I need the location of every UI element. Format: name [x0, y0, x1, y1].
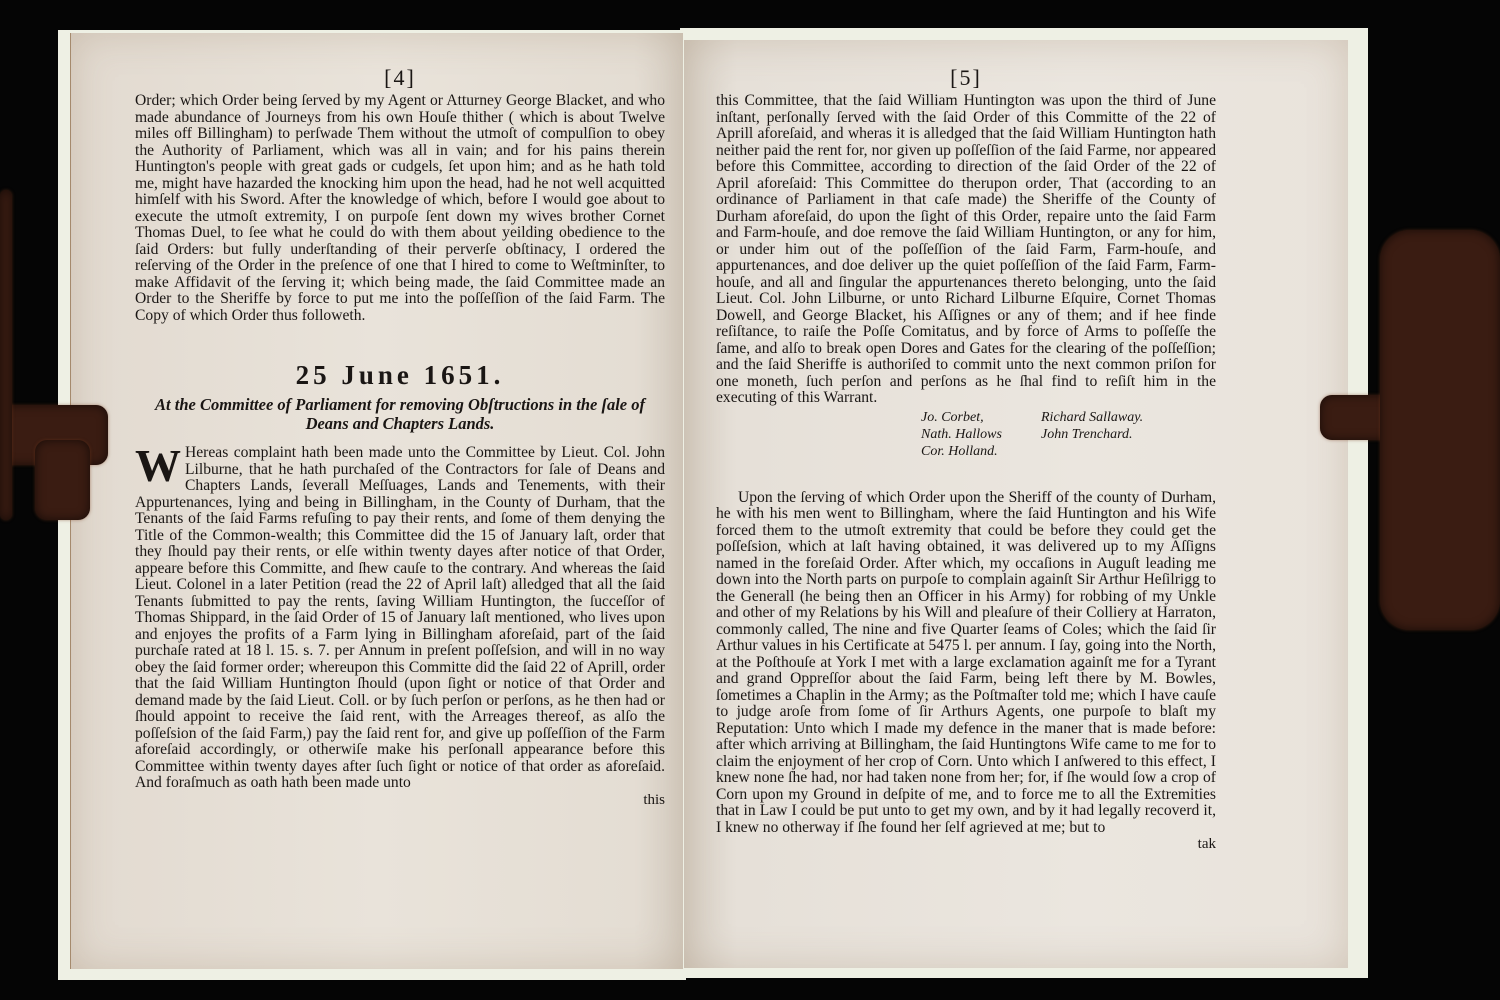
page-number-5: [5] [716, 65, 1216, 91]
signatory: Cor. Holland. [921, 443, 1041, 460]
right-page-column: [5] this Committee, that the ſaid Willia… [716, 85, 1216, 853]
signatory: Richard Sallaway. [1041, 409, 1191, 426]
order-block: W Hereas complaint hath been made unto t… [135, 445, 665, 792]
signatory: John Trenchard. [1041, 426, 1191, 443]
drop-cap: W [135, 447, 181, 485]
signatories: Jo. Corbet, Richard Sallaway. Nath. Hall… [921, 409, 1216, 460]
catchword-left: this [135, 792, 665, 809]
left-page-column: [4] Order; which Order being ſerved by m… [135, 65, 665, 809]
signatory [1041, 443, 1191, 460]
signatory: Jo. Corbet, [921, 409, 1041, 426]
opening-paragraph: Order; which Order being ſerved by my Ag… [135, 93, 665, 324]
committee-heading: At the Committee of Parliament for remov… [135, 395, 665, 433]
date-heading: 25 June 1651. [135, 360, 665, 391]
narrative-paragraph: Upon the ſerving of which Order upon the… [716, 490, 1216, 837]
left-clip-lower-icon [35, 440, 90, 520]
page-number-4: [4] [135, 65, 665, 91]
left-clip-arm-icon [0, 190, 12, 520]
order-text: Hereas complaint hath been made unto the… [135, 444, 665, 791]
signatory: Nath. Hallows [921, 426, 1041, 443]
order-continued: this Committee, that the ſaid William Hu… [716, 93, 1216, 407]
right-clip-body-icon [1380, 230, 1500, 630]
catchword-right: tak [716, 836, 1216, 853]
